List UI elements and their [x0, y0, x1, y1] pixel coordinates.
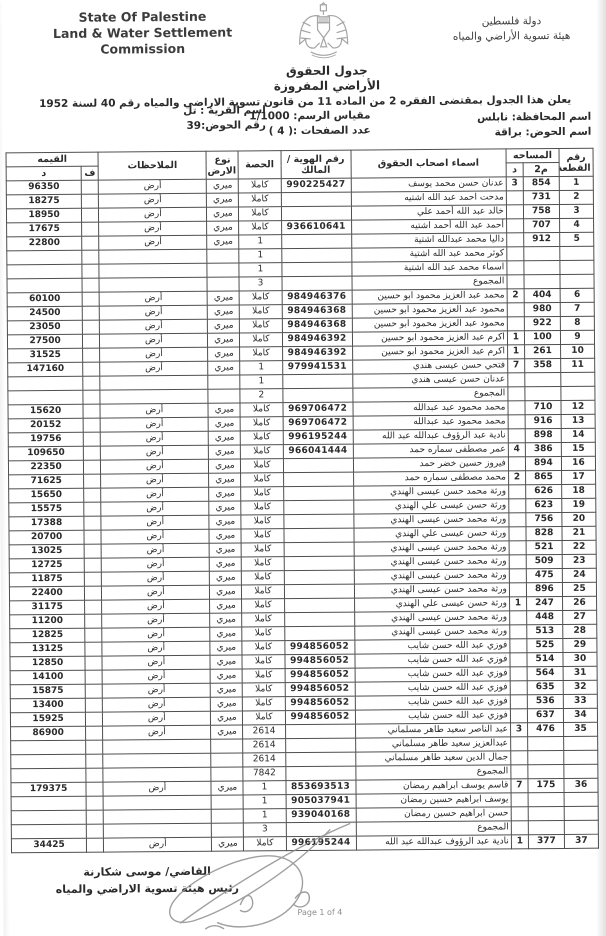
value-f-cell — [83, 320, 100, 334]
area-m2-cell — [528, 806, 564, 820]
land-type-cell: ميري — [209, 473, 241, 487]
id-number-cell — [285, 738, 355, 753]
owner-name-cell: عدنان حسن محمد يوسف — [351, 177, 506, 192]
area-m2-cell: 536 — [527, 694, 563, 708]
owner-name-cell: فوزي عبد الله حسن شايب — [355, 667, 510, 682]
area-d-cell — [509, 541, 526, 555]
value-d-cell — [7, 250, 82, 265]
parcel-no-cell: 22 — [562, 540, 596, 554]
id-number-cell: 994856052 — [285, 710, 355, 725]
notes-cell: أرض — [101, 543, 209, 558]
notes-cell: أرض — [101, 501, 209, 516]
id-number-cell — [282, 374, 352, 389]
area-d-cell — [507, 261, 524, 275]
value-header: القيمه — [6, 152, 98, 167]
value-f-cell — [83, 418, 100, 432]
id-number-cell — [284, 542, 354, 557]
value-f-cell — [85, 586, 102, 600]
parcel-no-cell: 29 — [563, 638, 597, 652]
owner-name-cell: محمد مصطفى سماره حمد — [353, 471, 508, 486]
land-type-cell: ميري — [209, 459, 241, 473]
area-d-cell — [507, 275, 524, 289]
id-number-cell: 966041444 — [283, 444, 353, 459]
area-m2-cell: 623 — [526, 498, 562, 512]
owner-name-cell: ورثة حسن عيسى علي الهندي — [354, 527, 509, 542]
land-type-cell: ميري — [209, 417, 241, 431]
notes-cell: أرض — [102, 627, 210, 642]
parcel-no-cell: 28 — [563, 624, 597, 638]
parcel-no-cell: 35 — [563, 722, 597, 736]
share-cell: كاملا — [241, 473, 283, 487]
value-d-cell: 15875 — [10, 684, 85, 699]
owner-name-cell: محمد محمود عبد عبدالله — [353, 415, 508, 430]
page-number: Page 1 of 4 — [297, 908, 342, 917]
parcel-no-cell — [560, 274, 594, 288]
area-m2-cell: 896 — [526, 582, 562, 596]
notes-cell: أرض — [101, 473, 209, 488]
parcel-no-cell — [564, 736, 598, 750]
area-d-cell — [510, 681, 527, 695]
value-f-cell — [81, 180, 98, 194]
share-cell: كاملا — [243, 711, 285, 725]
share-cell: 1 — [240, 361, 282, 375]
area-m2-cell: 894 — [525, 456, 561, 470]
land-type-cell: ميري — [207, 221, 239, 235]
id-number-cell: 984946376 — [282, 290, 352, 305]
owner-name-cell: محمد عبد العزيز محمود ابو حسين — [352, 289, 507, 304]
land-type-cell: ميري — [209, 543, 241, 557]
share-cell: كاملا — [243, 669, 285, 683]
parcel-no-cell: 26 — [562, 596, 596, 610]
owner-name-cell: فوزي عبد الله حسن شايب — [355, 681, 510, 696]
id-number-cell — [284, 598, 354, 613]
value-d-cell: 60100 — [7, 292, 82, 307]
area-d-cell — [511, 807, 528, 821]
share-cell: كاملا — [241, 487, 283, 501]
land-type-cell — [211, 795, 243, 809]
share-cell: كاملا — [241, 417, 283, 431]
parcel-no-cell: 12 — [561, 400, 595, 414]
notes-cell — [99, 249, 207, 264]
value-d-cell: 22800 — [7, 236, 82, 251]
value-f-cell — [82, 306, 99, 320]
share-cell: كاملا — [240, 333, 282, 347]
area-d-cell — [510, 639, 527, 653]
parcel-no-cell: 34 — [563, 708, 597, 722]
value-f-cell — [82, 264, 99, 278]
area-d-cell — [508, 387, 525, 401]
id-number-cell: 905037941 — [286, 794, 356, 809]
area-m2-cell: 626 — [526, 484, 562, 498]
value-f-cell — [84, 544, 101, 558]
english-letterhead-line2: Land & Water Settlement Commission — [25, 24, 261, 58]
area-d-cell: 1 — [511, 835, 528, 849]
share-cell: كاملا — [239, 193, 281, 207]
value-d-cell — [11, 824, 86, 839]
land-type-header-l1: نوع — [214, 154, 230, 165]
value-d-cell: 22350 — [8, 460, 83, 475]
parcel-no-cell: 14 — [561, 428, 595, 442]
document-content: State Of Palestine Land & Water Settleme… — [0, 0, 606, 936]
value-f-cell — [86, 782, 103, 796]
value-f-cell — [82, 236, 99, 250]
notes-cell: أرض — [100, 361, 208, 376]
area-d-cell — [506, 219, 523, 233]
parcel-no-cell: 10 — [560, 344, 594, 358]
area-d-cell: 1 — [509, 597, 526, 611]
share-cell: 1 — [239, 235, 281, 249]
share-cell: كاملا — [241, 529, 283, 543]
land-type-cell: ميري — [209, 515, 241, 529]
owner-name-cell: عبدالعزيز سعيد طاهر مسلماني — [355, 737, 510, 752]
area-m2-cell: 475 — [526, 568, 562, 582]
parcel-no-header-l1: رقم — [566, 151, 585, 162]
id-number-cell — [283, 472, 353, 487]
land-type-cell: ميري — [208, 403, 240, 417]
value-f-cell — [86, 754, 103, 768]
share-cell: كاملا — [239, 179, 281, 193]
area-d-cell: 7 — [508, 359, 525, 373]
value-f-cell — [85, 670, 102, 684]
share-cell: كاملا — [239, 207, 281, 221]
area-d-cell: 3 — [510, 723, 527, 737]
area-m2-cell: 912 — [524, 232, 560, 246]
share-cell: كاملا — [241, 459, 283, 473]
area-d-cell — [510, 695, 527, 709]
share-cell: 1 — [239, 263, 281, 277]
value-f-cell — [86, 810, 103, 824]
value-f-cell — [82, 222, 99, 236]
value-d-cell: 18275 — [6, 194, 81, 209]
share-cell: 1 — [239, 249, 281, 263]
parcel-no-cell: 5 — [560, 232, 594, 246]
notes-cell — [99, 263, 207, 278]
id-number-cell — [283, 458, 353, 473]
value-d-cell: 19756 — [8, 432, 83, 447]
area-d-cell: 7 — [511, 779, 528, 793]
value-d-cell: 109650 — [8, 446, 83, 461]
parcel-no-cell: 24 — [562, 568, 596, 582]
owner-name-cell: كوثر محمد عبد الله اشتية — [351, 247, 506, 262]
area-d-cell — [507, 317, 524, 331]
parcel-no-cell: 30 — [563, 652, 597, 666]
owner-name-cell: محمود عبد العزيز محمود ابو حسين — [352, 317, 507, 332]
pages-count: عدد الصفحات :( 4 ) — [249, 123, 370, 139]
share-cell: كاملا — [242, 557, 284, 571]
share-cell: 2614 — [243, 725, 285, 739]
value-f-cell — [82, 250, 99, 264]
owner-name-cell: فيروز حسين خضر حمد — [353, 457, 508, 472]
owner-name-cell: فتحي حسن عيسى هندي — [352, 359, 507, 374]
area-d-cell — [506, 205, 523, 219]
value-f-cell — [85, 628, 102, 642]
notes-cell: أرض — [99, 235, 207, 250]
parcel-no-cell — [564, 792, 598, 806]
id-number-cell — [281, 234, 351, 249]
value-d-cell: 17388 — [9, 516, 84, 531]
area-d-cell — [508, 457, 525, 471]
value-f-cell — [83, 348, 100, 362]
id-number-cell — [283, 514, 353, 529]
notes-cell: أرض — [101, 459, 209, 474]
share-cell: كاملا — [241, 501, 283, 515]
value-f-cell — [85, 614, 102, 628]
land-type-cell: ميري — [208, 291, 240, 305]
area-m2-cell: 758 — [523, 204, 559, 218]
owner-name-cell: عدنان حسن عيسى هندي — [352, 373, 507, 388]
value-d-cell: 17675 — [7, 222, 82, 237]
land-type-cell: ميري — [210, 627, 242, 641]
id-number-cell — [283, 500, 353, 515]
value-d-cell: 12725 — [9, 558, 84, 573]
id-number-cell — [282, 276, 352, 291]
area-m2-cell: 377 — [528, 834, 564, 848]
value-f-cell — [85, 684, 102, 698]
area-d-cell — [508, 429, 525, 443]
land-type-header: نوع الارض — [206, 151, 238, 179]
parcel-no-cell: 18 — [562, 484, 596, 498]
value-d-cell: 13025 — [9, 544, 84, 559]
share-cell: 1 — [244, 795, 286, 809]
owner-name-cell: المجموع — [355, 765, 510, 780]
parcel-no-cell: 16 — [561, 456, 595, 470]
value-d-cell: 14100 — [10, 670, 85, 685]
value-f-cell — [86, 726, 103, 740]
parcel-no-cell — [564, 750, 598, 764]
area-m2-cell: 386 — [525, 442, 561, 456]
land-type-cell: ميري — [211, 711, 243, 725]
area-d-cell — [510, 625, 527, 639]
area-m2-cell: 175 — [528, 778, 564, 792]
notes-cell: أرض — [102, 585, 210, 600]
notes-header: الملاحظات — [98, 151, 206, 180]
area-d-cell — [509, 527, 526, 541]
owner-name-cell: ورثة محمد حسن عيسى الهندي — [354, 625, 509, 640]
area-d-cell — [507, 233, 524, 247]
arabic-letterhead-line2: هيئة تسوية الأراضي والمياه — [437, 29, 587, 45]
value-d-cell — [11, 768, 86, 783]
english-letterhead: State Of Palestine Land & Water Settleme… — [24, 8, 260, 58]
owner-name-cell: خالد عبد الله أحمد علي — [351, 205, 506, 220]
notes-cell: أرض — [101, 515, 209, 530]
english-letterhead-line1: State Of Palestine — [24, 8, 260, 26]
notes-cell: أرض — [99, 207, 207, 222]
area-d-cell — [508, 401, 525, 415]
area-d-cell — [509, 513, 526, 527]
owner-name-cell: فوزي عبد الله حسن شايب — [355, 695, 510, 710]
arabic-letterhead-line1: دولة فلسطين — [436, 14, 586, 30]
area-m2-cell: 513 — [527, 624, 563, 638]
area-d-cell — [507, 303, 524, 317]
value-f-cell — [84, 530, 101, 544]
area-m2-cell: 756 — [526, 512, 562, 526]
area-d-cell: 2 — [508, 471, 525, 485]
parcel-no-cell: 31 — [563, 666, 597, 680]
area-m2-cell — [528, 736, 564, 750]
share-cell: كاملا — [241, 445, 283, 459]
land-type-cell: ميري — [207, 179, 239, 193]
owner-name-cell: أحمد عبد الله أحمد اشتيه — [351, 219, 506, 234]
value-f-cell — [84, 474, 101, 488]
share-cell: كاملا — [240, 347, 282, 361]
value-d-cell: 18950 — [6, 208, 81, 223]
value-f-cell — [84, 516, 101, 530]
owner-name-cell: ورثة محمد حسن عيسى الهندي — [354, 555, 509, 570]
value-f-cell — [84, 558, 101, 572]
parcel-no-cell — [560, 260, 594, 274]
parcel-no-cell: 7 — [560, 302, 594, 316]
value-d-cell: 71625 — [9, 474, 84, 489]
owner-name-cell: ورثة محمد حسن عيسى الهندي — [354, 583, 509, 598]
owner-name-cell: محمود عبد العزيز محمود ابو حسين — [352, 303, 507, 318]
area-d-cell — [510, 653, 527, 667]
id-number-cell — [284, 626, 354, 641]
owner-name-cell: ورثة حسن عيسى علي الهندي — [354, 597, 509, 612]
value-d-cell: 20152 — [8, 418, 83, 433]
notes-cell: أرض — [102, 655, 210, 670]
area-d-cell — [510, 667, 527, 681]
area-d-cell: 2 — [507, 289, 524, 303]
area-m2-cell — [524, 260, 560, 274]
area-d-cell — [509, 583, 526, 597]
land-type-cell: ميري — [210, 585, 242, 599]
owner-name-cell: فوزي عبد الله حسن شايب — [355, 653, 510, 668]
land-type-cell — [211, 753, 243, 767]
id-number-cell: 853693513 — [285, 780, 355, 795]
governorate-name: اسم المحافظة: نابلس — [477, 110, 591, 126]
value-f-cell — [84, 446, 101, 460]
value-d-cell: 20700 — [9, 530, 84, 545]
share-cell: كاملا — [242, 543, 284, 557]
value-d-cell — [7, 264, 82, 279]
info-scale-block: مقياس الرسم: 1/1000 عدد الصفحات :( 4 ) — [249, 108, 371, 139]
id-number-cell — [282, 388, 352, 403]
share-cell: كاملا — [240, 319, 282, 333]
value-d-cell: 15650 — [9, 488, 84, 503]
value-f-cell — [86, 740, 103, 754]
value-d-cell: 11200 — [10, 614, 85, 629]
area-m2-cell: 521 — [526, 540, 562, 554]
owner-name-cell: المجموع — [352, 387, 507, 402]
value-d-cell: 86900 — [11, 726, 86, 741]
parcel-no-cell: 33 — [563, 694, 597, 708]
value-d-cell: 11875 — [9, 572, 84, 587]
share-cell: كاملا — [240, 305, 282, 319]
area-m2-cell: 261 — [524, 344, 560, 358]
parcel-no-cell: 19 — [562, 498, 596, 512]
declaration-text: يعلن هذا الجدول بمقتضى الفقره 2 من الماد… — [19, 94, 591, 110]
value-f-cell — [86, 796, 103, 810]
land-type-cell: ميري — [210, 599, 242, 613]
owner-name-cell: اكرم عبد العزيز محمود ابو حسين — [352, 331, 507, 346]
area-m2-header: م2 — [523, 162, 559, 176]
document-title: جدول الحقوق الأراضي المفروزة — [57, 62, 597, 96]
id-number-cell: 996195244 — [283, 430, 353, 445]
value-f-cell — [83, 432, 100, 446]
share-cell: كاملا — [242, 599, 284, 613]
owner-name-cell: جمال الدين سعيد طاهر مسلماني — [355, 751, 510, 766]
share-cell: كاملا — [242, 627, 284, 641]
area-m2-cell — [528, 764, 564, 778]
value-f-cell — [87, 824, 104, 838]
rights-table: رقم القطعة المساحه اسماء اصحاب الحقوق رق… — [6, 148, 599, 854]
id-number-cell: 969706472 — [283, 416, 353, 431]
parcel-no-cell — [564, 820, 598, 834]
value-d-cell: 23050 — [7, 320, 82, 335]
parcel-no-cell — [561, 386, 595, 400]
land-type-cell: ميري — [211, 683, 243, 697]
land-type-cell: ميري — [209, 529, 241, 543]
share-cell: كاملا — [242, 655, 284, 669]
value-d-cell: 96350 — [6, 180, 81, 195]
area-d-cell — [511, 793, 528, 807]
land-type-cell — [208, 375, 240, 389]
area-d-cell — [511, 765, 528, 779]
area-m2-cell: 865 — [525, 470, 561, 484]
land-type-cell — [207, 263, 239, 277]
owner-name-cell: اكرم عبد العزيز محمود ابو حسين — [352, 345, 507, 360]
id-number-cell: 936610641 — [281, 220, 351, 235]
arabic-letterhead: دولة فلسطين هيئة تسوية الأراضي والمياه — [436, 14, 586, 45]
owner-name-cell: ورثة محمد حسن عيسى الهندي — [354, 611, 509, 626]
id-number-cell — [281, 192, 351, 207]
owner-name-cell: ورثة محمد حسن عيسى الهندي — [353, 513, 508, 528]
share-cell: 3 — [239, 277, 281, 291]
parcel-no-cell: 20 — [562, 512, 596, 526]
id-number-cell: 994856052 — [284, 640, 354, 655]
value-d-cell: 15925 — [10, 712, 85, 727]
area-m2-cell: 916 — [525, 414, 561, 428]
land-type-cell: ميري — [209, 445, 241, 459]
map-scale: مقياس الرسم: 1/1000 — [249, 108, 370, 124]
basin-name: اسم الحوض: براقة — [477, 125, 591, 141]
land-type-cell: ميري — [210, 557, 242, 571]
share-cell: كاملا — [240, 291, 282, 305]
id-number-header: رقم الهوية / المالك — [281, 150, 351, 179]
value-d-cell: 15575 — [9, 502, 84, 517]
share-cell: كاملا — [242, 613, 284, 627]
area-m2-cell: 404 — [524, 288, 560, 302]
notes-cell: أرض — [99, 305, 207, 320]
area-m2-cell: 922 — [524, 316, 560, 330]
value-d-cell: 13125 — [10, 642, 85, 657]
value-f-cell — [86, 712, 103, 726]
notes-cell: أرض — [103, 697, 211, 712]
owner-name-cell: عبد الناصر سعيد طاهر مسلماني — [355, 723, 510, 738]
land-type-cell: ميري — [208, 347, 240, 361]
notes-cell: أرض — [100, 347, 208, 362]
notes-cell: أرض — [98, 179, 206, 194]
share-cell: كاملا — [242, 641, 284, 655]
area-d-cell — [510, 611, 527, 625]
value-d-cell — [11, 796, 86, 811]
parcel-no-cell: 1 — [559, 176, 593, 190]
basin-number: رقم الحوض:39 — [183, 118, 266, 134]
notes-cell: أرض — [102, 613, 210, 628]
owner-name-cell: فوزي عبد الله حسن شايب — [354, 639, 509, 654]
land-type-cell: ميري — [210, 669, 242, 683]
id-number-cell: 990225427 — [281, 178, 351, 193]
id-number-cell — [284, 556, 354, 571]
parcel-no-cell: 36 — [564, 778, 598, 792]
parcel-no-cell: 2 — [559, 190, 593, 204]
land-type-header-l2: الارض — [207, 165, 236, 176]
owner-name-cell: اسماء محمد عبد الله اشتية — [352, 261, 507, 276]
value-f-cell — [84, 502, 101, 516]
area-d-cell — [511, 821, 528, 835]
area-d-cell — [509, 555, 526, 569]
value-d-cell: 13400 — [10, 698, 85, 713]
